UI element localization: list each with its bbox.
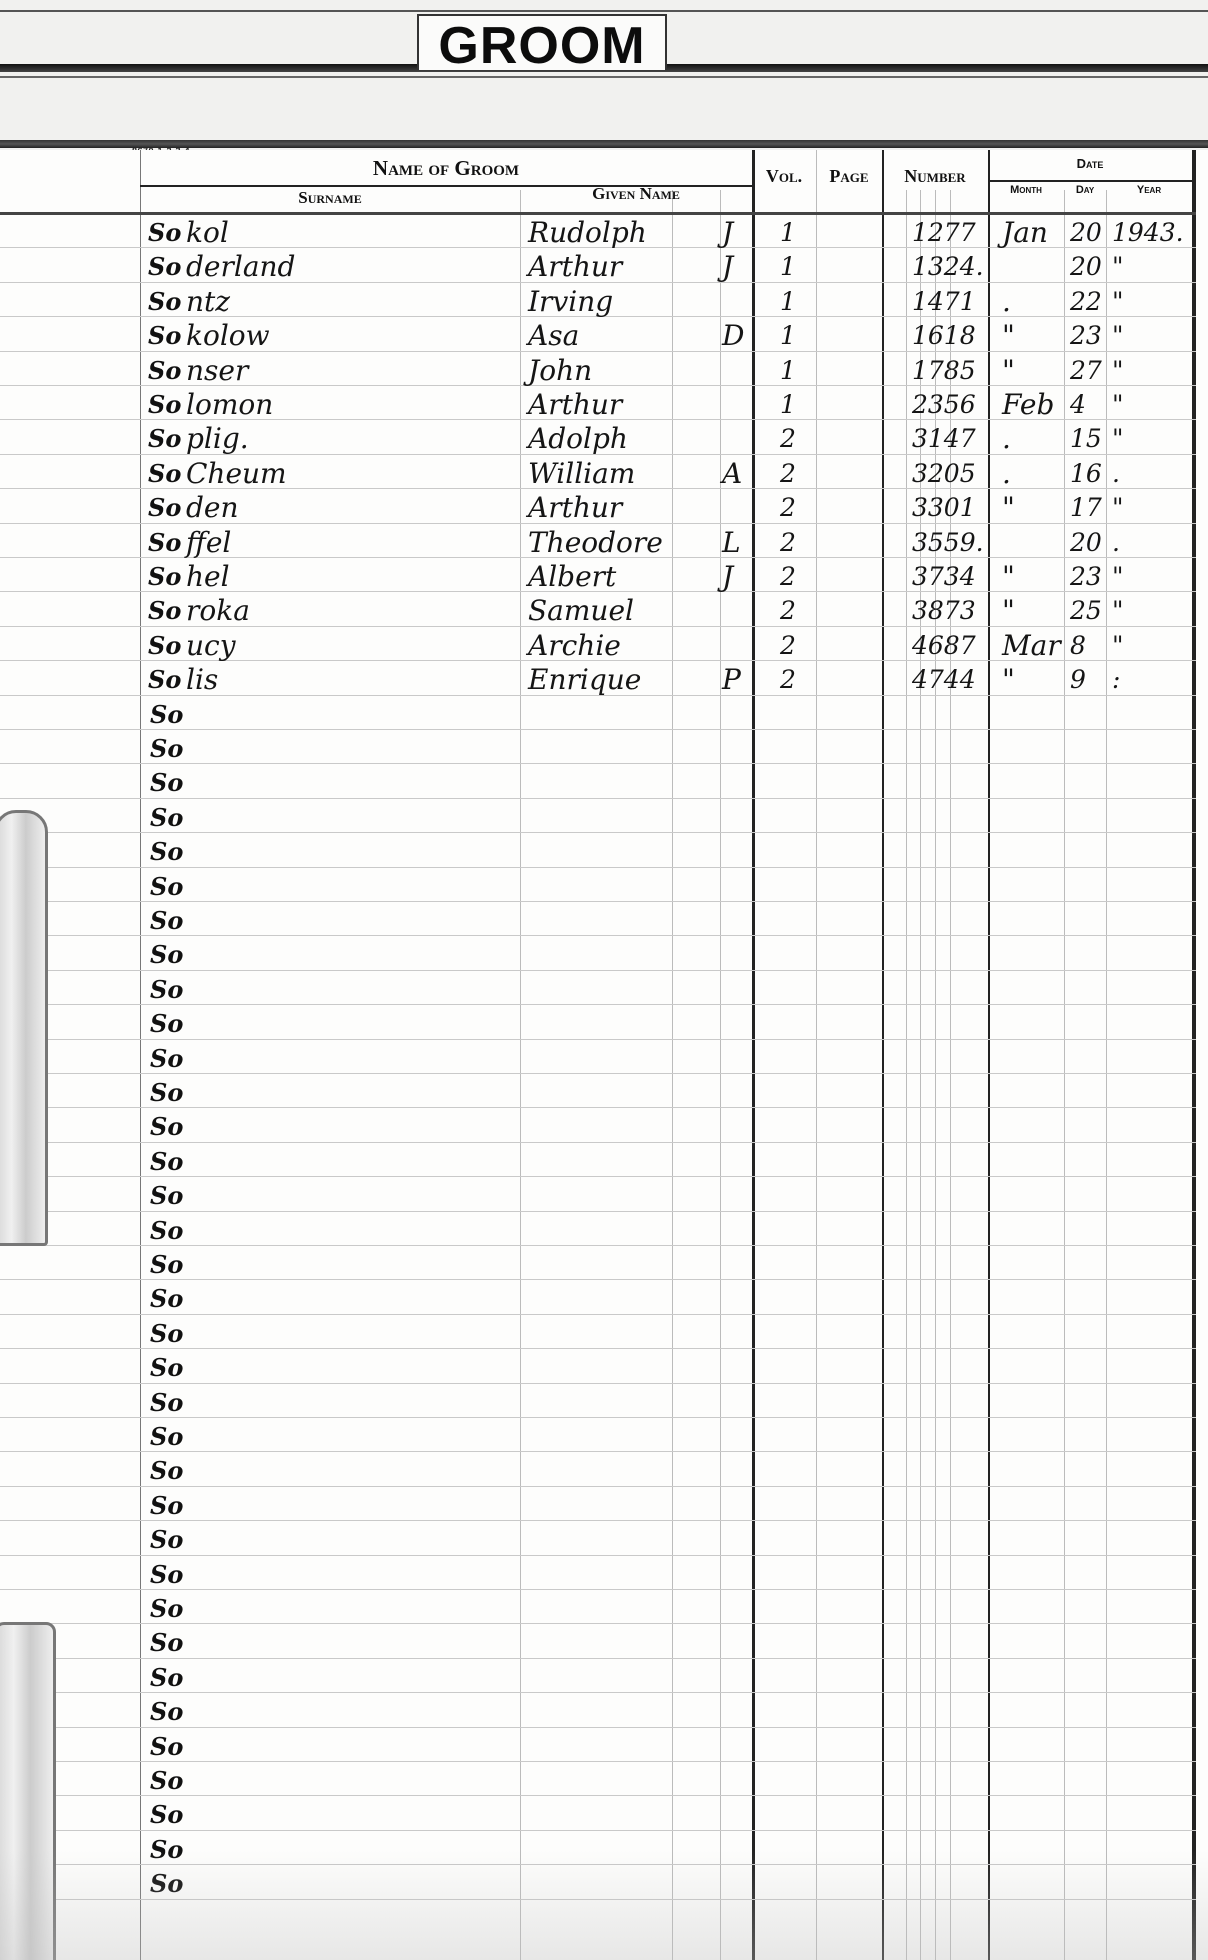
year-value: " (1112, 419, 1124, 453)
given-name: William (528, 454, 635, 488)
table-row: So roka Samuel 2 3873 " 25 " (0, 591, 1208, 625)
surname-prefix: So (150, 867, 183, 901)
surname-prefix: So (150, 1486, 183, 1520)
month-value: " (1002, 488, 1015, 522)
surname-prefix: So (150, 1348, 183, 1382)
day-value: 20 (1070, 213, 1102, 247)
month-heading: Month (988, 184, 1064, 196)
year-value: . (1112, 523, 1120, 557)
given-name: Arthur (528, 247, 622, 281)
surname-prefix: So (150, 695, 183, 729)
number-heading: Number (882, 166, 988, 187)
surname-suffix: derland (186, 247, 295, 281)
given-name: Enrique (528, 660, 641, 694)
surname-prefix: So (150, 1211, 183, 1245)
surname-prefix: So (150, 798, 183, 832)
surname-prefix: So (150, 1314, 183, 1348)
day-value: 23 (1070, 557, 1102, 591)
number-value: 3147 (912, 419, 976, 453)
page-heading: Page (816, 166, 882, 187)
middle-initial: L (722, 523, 741, 557)
day-value: 20 (1070, 523, 1102, 557)
table-row-blank: So (0, 1623, 1208, 1657)
name-of-groom-heading: Name of Groom (140, 156, 752, 181)
day-value: 25 (1070, 591, 1102, 625)
given-name: Adolph (528, 419, 628, 453)
vol-value: 2 (780, 488, 796, 522)
year-value: " (1112, 591, 1124, 625)
middle-initial: J (722, 213, 733, 247)
year-value: . (1112, 454, 1120, 488)
table-row-blank: So (0, 798, 1208, 832)
surname-prefix: So (148, 523, 181, 557)
year-value: " (1112, 488, 1124, 522)
year-value: " (1112, 385, 1124, 419)
table-row-blank: So (0, 1864, 1208, 1898)
table-row-blank: So (0, 1176, 1208, 1210)
month-value: " (1002, 660, 1015, 694)
given-name-heading: Given Name (520, 184, 752, 204)
given-name: Archie (528, 626, 621, 660)
given-name: Asa (528, 316, 579, 350)
surname-prefix: So (148, 247, 181, 281)
surname-prefix: So (148, 591, 181, 625)
surname-prefix: So (148, 213, 181, 247)
table-row-blank: So (0, 1795, 1208, 1829)
table-row-blank: So (0, 1417, 1208, 1451)
surname-prefix: So (150, 1658, 183, 1692)
table-row-blank: So (0, 1589, 1208, 1623)
year-value: " (1112, 247, 1124, 281)
vol-value: 1 (780, 247, 796, 281)
table-row-blank: So (0, 970, 1208, 1004)
surname-prefix: So (150, 1176, 183, 1210)
table-row-blank: So (0, 867, 1208, 901)
given-name: Irving (528, 282, 613, 316)
year-value: " (1112, 282, 1124, 316)
number-value: 4744 (912, 660, 976, 694)
given-name: Albert (528, 557, 616, 591)
day-value: 15 (1070, 419, 1102, 453)
surname-suffix: nser (186, 351, 248, 385)
table-row-blank: So (0, 695, 1208, 729)
table-row: So ucy Archie 2 4687 Mar 8 " (0, 626, 1208, 660)
surname-prefix: So (150, 1383, 183, 1417)
table-row-blank: So (0, 1279, 1208, 1313)
year-value: : (1112, 660, 1120, 694)
surname-prefix: So (148, 488, 181, 522)
given-name: John (528, 351, 592, 385)
month-value: . (1002, 419, 1011, 453)
table-row-blank: So (0, 1486, 1208, 1520)
surname-prefix: So (148, 454, 181, 488)
number-value: 2356 (912, 385, 976, 419)
day-heading: Day (1064, 184, 1106, 196)
year-value: " (1112, 351, 1124, 385)
year-value: " (1112, 557, 1124, 591)
surname-prefix: So (148, 316, 181, 350)
table-row-blank: So (0, 763, 1208, 797)
binder-clip-upper (0, 810, 48, 1246)
number-value: 4687 (912, 626, 976, 660)
table-row-blank: So (0, 1727, 1208, 1761)
surname-prefix: So (148, 660, 181, 694)
surname-prefix: So (148, 385, 181, 419)
table-row: So kol Rudolph J 1 1277 Jan 20 1943. (0, 213, 1208, 247)
given-name: Arthur (528, 385, 622, 419)
surname-suffix: plig. (186, 419, 249, 453)
year-value: " (1112, 316, 1124, 350)
surname-suffix: hel (186, 557, 230, 591)
number-value: 3734 (912, 557, 976, 591)
day-value: 20 (1070, 247, 1102, 281)
surname-prefix: So (148, 351, 181, 385)
day-value: 27 (1070, 351, 1102, 385)
ledger-table: Name of Groom Surname Given Name Vol. Pa… (0, 150, 1208, 1960)
surname-prefix: So (150, 1417, 183, 1451)
month-value: . (1002, 282, 1011, 316)
middle-initial: A (722, 454, 742, 488)
number-value: 3301 (912, 488, 976, 522)
surname-prefix: So (150, 1245, 183, 1279)
table-row-blank: So (0, 1245, 1208, 1279)
number-value: 1618 (912, 316, 976, 350)
day-value: 22 (1070, 282, 1102, 316)
middle-initial: P (722, 660, 741, 694)
surname-suffix: kolow (186, 316, 270, 350)
surname-prefix: So (150, 1761, 183, 1795)
surname-prefix: So (150, 1142, 183, 1176)
binder-clip-lower (0, 1622, 56, 1960)
number-value: 3205 (912, 454, 976, 488)
table-row-blank: So (0, 1073, 1208, 1107)
date-heading: Date (988, 156, 1192, 171)
surname-prefix: So (150, 1864, 183, 1898)
surname-suffix: ffel (186, 523, 231, 557)
vol-value: 1 (780, 213, 796, 247)
surname-prefix: So (150, 1589, 183, 1623)
table-row-blank: So (0, 935, 1208, 969)
table-row-blank: So (0, 1555, 1208, 1589)
row-line (0, 1899, 1196, 1900)
surname-prefix: So (150, 1830, 183, 1864)
surname-prefix: So (150, 1692, 183, 1726)
table-row: So kolow Asa D 1 1618 " 23 " (0, 316, 1208, 350)
month-value: " (1002, 316, 1015, 350)
year-value: 1943. (1112, 213, 1184, 247)
number-value: 1277 (912, 213, 976, 247)
surname-suffix: den (186, 488, 239, 522)
table-row-blank: So (0, 1520, 1208, 1554)
surname-suffix: lomon (186, 385, 273, 419)
surname-prefix: So (150, 1004, 183, 1038)
surname-prefix: So (150, 1451, 183, 1485)
surname-prefix: So (150, 1107, 183, 1141)
month-value: " (1002, 351, 1015, 385)
surname-prefix: So (150, 1623, 183, 1657)
middle-initial: J (722, 557, 733, 591)
date-heading-rule (990, 180, 1192, 182)
given-name: Theodore (528, 523, 663, 557)
surname-prefix: So (150, 763, 183, 797)
day-value: 8 (1070, 626, 1086, 660)
table-row: So nser John 1 1785 " 27 " (0, 351, 1208, 385)
table-row: So lis Enrique P 2 4744 " 9 : (0, 660, 1208, 694)
day-value: 17 (1070, 488, 1102, 522)
table-row-blank: So (0, 1142, 1208, 1176)
table-row-blank: So (0, 1314, 1208, 1348)
table-row-blank: So (0, 1211, 1208, 1245)
table-row: So ntz Irving 1 1471 . 22 " (0, 282, 1208, 316)
table-row-blank: So (0, 1004, 1208, 1038)
given-name: Arthur (528, 488, 622, 522)
surname-prefix: So (150, 970, 183, 1004)
surname-prefix: So (150, 935, 183, 969)
vol-value: 1 (780, 385, 796, 419)
vol-value: 1 (780, 282, 796, 316)
vol-value: 1 (780, 316, 796, 350)
middle-initial: D (722, 316, 744, 350)
given-name: Samuel (528, 591, 634, 625)
number-value: 1471 (912, 282, 976, 316)
table-row: So ffel Theodore L 2 3559. 20 . (0, 523, 1208, 557)
surname-prefix: So (150, 901, 183, 935)
table-row: So den Arthur 2 3301 " 17 " (0, 488, 1208, 522)
surname-prefix: So (150, 1039, 183, 1073)
surname-prefix: So (150, 1520, 183, 1554)
top-rule (0, 10, 1208, 12)
surname-prefix: So (150, 832, 183, 866)
vol-value: 1 (780, 351, 796, 385)
vol-heading: Vol. (752, 166, 816, 187)
surname-prefix: So (148, 282, 181, 316)
number-value: 1324. (912, 247, 984, 281)
month-value: " (1002, 557, 1015, 591)
table-row-blank: So (0, 1451, 1208, 1485)
surname-prefix: So (150, 1073, 183, 1107)
day-value: 16 (1070, 454, 1102, 488)
table-row: So lomon Arthur 1 2356 Feb 4 " (0, 385, 1208, 419)
table-row-blank: So (0, 1107, 1208, 1141)
surname-prefix: So (150, 729, 183, 763)
surname-suffix: lis (186, 660, 218, 694)
vol-value: 2 (780, 523, 796, 557)
surname-prefix: So (150, 1795, 183, 1829)
year-value: " (1112, 626, 1124, 660)
year-heading: Year (1106, 184, 1192, 196)
surname-prefix: So (150, 1727, 183, 1761)
index-tab-label: GROOM (417, 14, 667, 70)
table-row: So derland Arthur J 1 1324. 20 " (0, 247, 1208, 281)
surname-prefix: So (148, 419, 181, 453)
table-row-blank: So (0, 832, 1208, 866)
month-value: . (1002, 454, 1011, 488)
table-row: So plig. Adolph 2 3147 . 15 " (0, 419, 1208, 453)
day-value: 9 (1070, 660, 1086, 694)
table-row-blank: So (0, 1692, 1208, 1726)
given-name: Rudolph (528, 213, 647, 247)
table-row-blank: So (0, 1039, 1208, 1073)
surname-suffix: kol (186, 213, 229, 247)
table-row: So hel Albert J 2 3734 " 23 " (0, 557, 1208, 591)
vol-value: 2 (780, 454, 796, 488)
table-row-blank: So (0, 1383, 1208, 1417)
surname-suffix: ntz (186, 282, 230, 316)
table-row: So Cheum William A 2 3205 . 16 . (0, 454, 1208, 488)
vol-value: 2 (780, 626, 796, 660)
surname-prefix: So (150, 1279, 183, 1313)
day-value: 23 (1070, 316, 1102, 350)
middle-initial: J (722, 247, 733, 281)
tab-bar-subrule (0, 76, 1208, 78)
vol-value: 2 (780, 591, 796, 625)
month-value: " (1002, 591, 1015, 625)
vol-value: 2 (780, 660, 796, 694)
surname-prefix: So (148, 557, 181, 591)
number-value: 3873 (912, 591, 976, 625)
surname-prefix: So (148, 626, 181, 660)
month-value: Jan (1002, 213, 1048, 247)
number-value: 3559. (912, 523, 984, 557)
table-row-blank: So (0, 1761, 1208, 1795)
table-row-blank: So (0, 1658, 1208, 1692)
table-row-blank: So (0, 1830, 1208, 1864)
surname-suffix: ucy (186, 626, 236, 660)
month-value: Feb (1002, 385, 1054, 419)
surname-heading: Surname (140, 188, 520, 208)
vol-value: 2 (780, 557, 796, 591)
surname-prefix: So (150, 1555, 183, 1589)
vol-value: 2 (780, 419, 796, 453)
table-row-blank: So (0, 901, 1208, 935)
table-row-blank: So (0, 1348, 1208, 1382)
surname-suffix: Cheum (186, 454, 287, 488)
day-value: 4 (1070, 385, 1086, 419)
table-row-blank: So (0, 729, 1208, 763)
surname-suffix: roka (186, 591, 250, 625)
number-value: 1785 (912, 351, 976, 385)
month-value: Mar (1002, 626, 1061, 660)
